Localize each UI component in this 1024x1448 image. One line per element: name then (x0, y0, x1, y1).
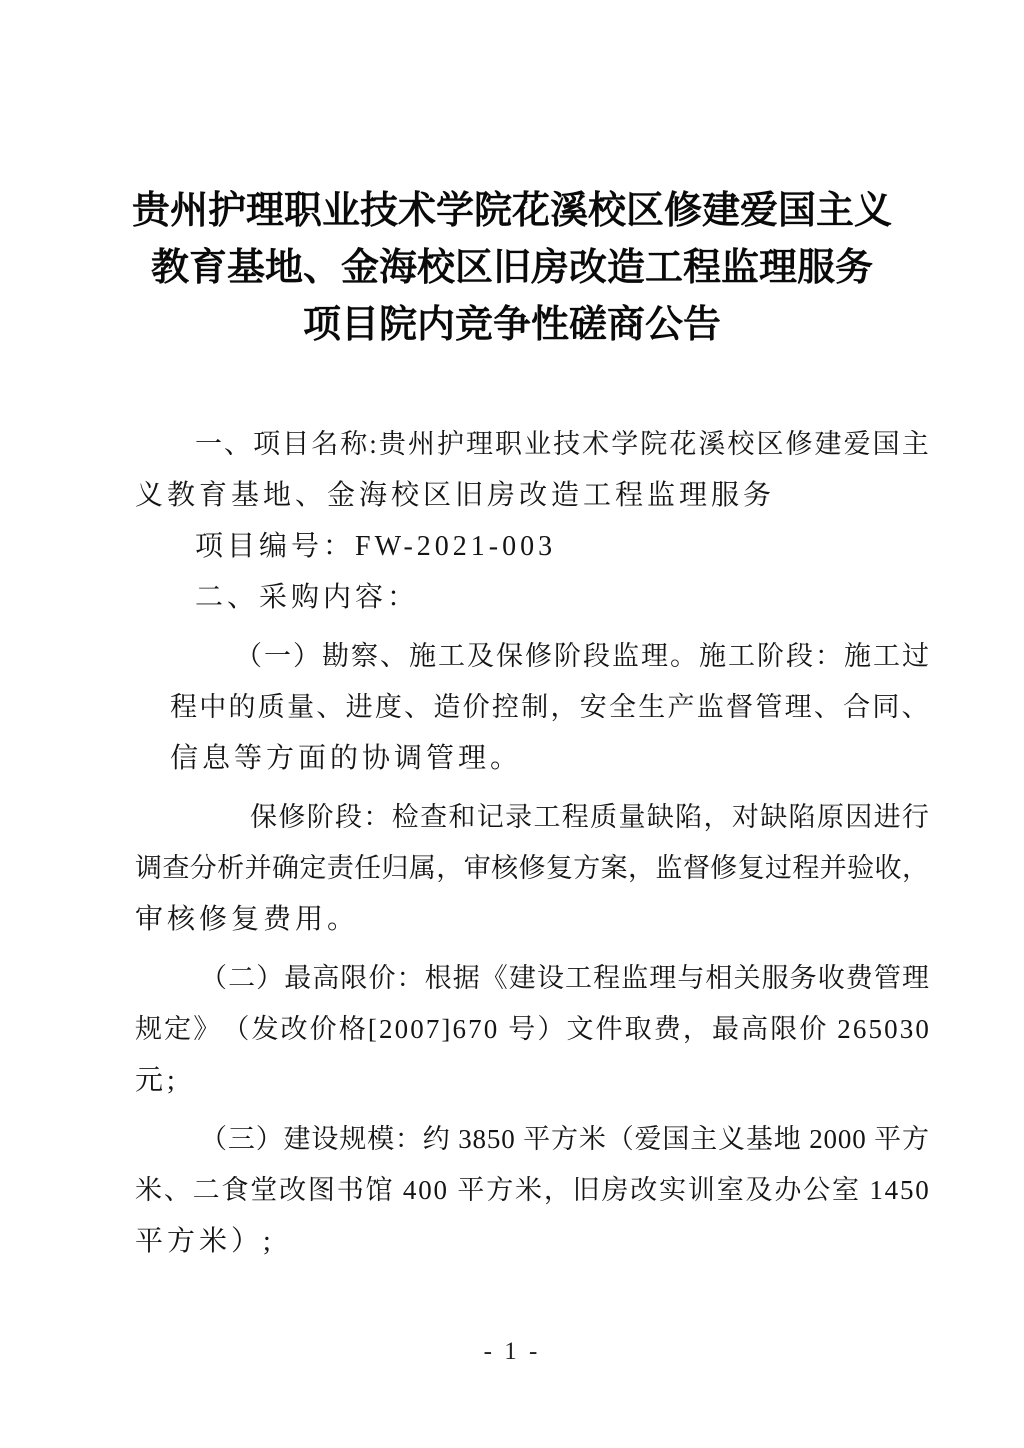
body-line: （二）最高限价：根据《建设工程监理与相关服务收费管理 (135, 953, 929, 1004)
body-line: 二、采购内容： (135, 572, 929, 623)
body-line: 元; (135, 1055, 929, 1106)
page-number: - 1 - (0, 1338, 1024, 1366)
body-line: 程中的质量、进度、造价控制，安全生产监督管理、合同、 (135, 682, 929, 733)
document-body: 一、项目名称:贵州护理职业技术学院花溪校区修建爱国主义教育基地、金海校区旧房改造… (135, 419, 929, 1267)
body-line: （一）勘察、施工及保修阶段监理。施工阶段：施工过 (135, 631, 929, 682)
body-line: 信息等方面的协调管理。 (135, 733, 929, 784)
body-line: 规定》（发改价格[2007]670 号）文件取费，最高限价 265030 (135, 1004, 929, 1055)
title-line: 项目院内竞争性磋商公告 (0, 297, 1024, 354)
title-line: 贵州护理职业技术学院花溪校区修建爱国主义 (0, 183, 1024, 240)
body-line: 一、项目名称:贵州护理职业技术学院花溪校区修建爱国主 (135, 419, 929, 470)
body-line: （三）建设规模：约 3850 平方米（爱国主义基地 2000 平方 (135, 1114, 929, 1165)
title-line: 教育基地、金海校区旧房改造工程监理服务 (0, 240, 1024, 297)
body-line: 义教育基地、金海校区旧房改造工程监理服务 (135, 470, 929, 521)
document-title: 贵州护理职业技术学院花溪校区修建爱国主义教育基地、金海校区旧房改造工程监理服务项… (0, 183, 1024, 354)
body-line: 审核修复费用。 (135, 894, 929, 945)
body-line: 平方米）; (135, 1216, 929, 1267)
body-line: 项目编号：FW-2021-003 (135, 521, 929, 572)
body-line: 保修阶段：检查和记录工程质量缺陷，对缺陷原因进行 (135, 792, 929, 843)
body-line: 调查分析并确定责任归属，审核修复方案，监督修复过程并验收， (135, 843, 929, 894)
body-line: 米、二食堂改图书馆 400 平方米，旧房改实训室及办公室 1450 (135, 1165, 929, 1216)
document-page: 贵州护理职业技术学院花溪校区修建爱国主义教育基地、金海校区旧房改造工程监理服务项… (0, 0, 1024, 1448)
